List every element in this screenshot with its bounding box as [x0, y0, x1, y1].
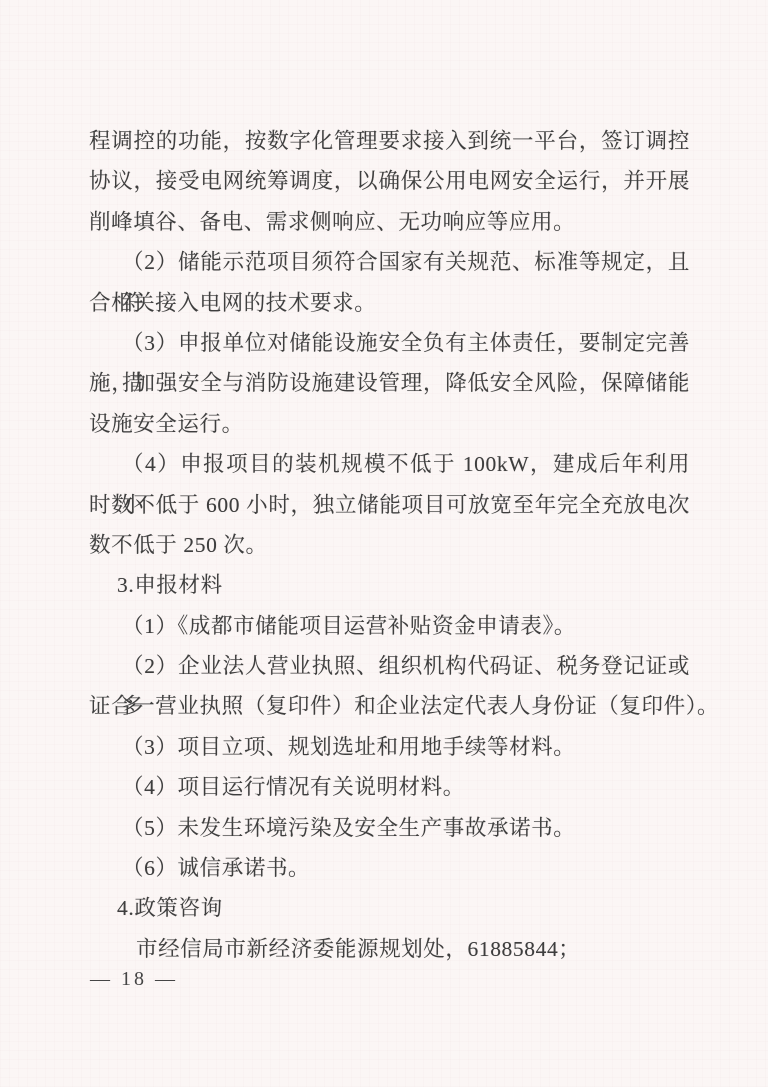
- text-line: （6）诚信承诺书。: [89, 848, 690, 888]
- text-line: 程调控的功能，按数字化管理要求接入到统一平台，签订调控: [89, 121, 690, 161]
- text-line: 削峰填谷、备电、需求侧响应、无功响应等应用。: [89, 202, 690, 242]
- text-line: （4）项目运行情况有关说明材料。: [89, 767, 690, 807]
- text-line: （3）申报单位对储能设施安全负有主体责任，要制定完善措: [89, 323, 690, 363]
- text-line: （5）未发生环境污染及安全生产事故承诺书。: [89, 808, 690, 848]
- text-line: 协议，接受电网统筹调度，以确保公用电网安全运行，并开展: [89, 161, 690, 201]
- document-text-block: 程调控的功能，按数字化管理要求接入到统一平台，签订调控 协议，接受电网统筹调度，…: [89, 121, 690, 969]
- text-line: 市经信局市新经济委能源规划处，61885844；: [89, 929, 690, 969]
- text-line: 证合一营业执照（复印件）和企业法定代表人身份证（复印件）。: [89, 686, 690, 726]
- text-line: 时数不低于 600 小时，独立储能项目可放宽至年完全充放电次: [89, 485, 690, 525]
- section-heading: 3.申报材料: [89, 565, 690, 605]
- text-line: （2）储能示范项目须符合国家有关规范、标准等规定，且符: [89, 242, 690, 282]
- text-line: 设施安全运行。: [89, 404, 690, 444]
- text-line: （2）企业法人营业执照、组织机构代码证、税务登记证或多: [89, 646, 690, 686]
- text-line: 施，加强安全与消防设施建设管理，降低安全风险，保障储能: [89, 363, 690, 403]
- text-line: （3）项目立项、规划选址和用地手续等材料。: [89, 727, 690, 767]
- section-heading: 4.政策咨询: [89, 888, 690, 928]
- text-line: （4）申报项目的装机规模不低于 100kW，建成后年利用小: [89, 444, 690, 484]
- text-line: 数不低于 250 次。: [89, 525, 690, 565]
- text-line: 合相关接入电网的技术要求。: [89, 283, 690, 323]
- text-line: （1）《成都市储能项目运营补贴资金申请表》。: [89, 606, 690, 646]
- scanned-document-page: 程调控的功能，按数字化管理要求接入到统一平台，签订调控 协议，接受电网统筹调度，…: [0, 0, 768, 1087]
- page-number: — 18 —: [90, 966, 178, 992]
